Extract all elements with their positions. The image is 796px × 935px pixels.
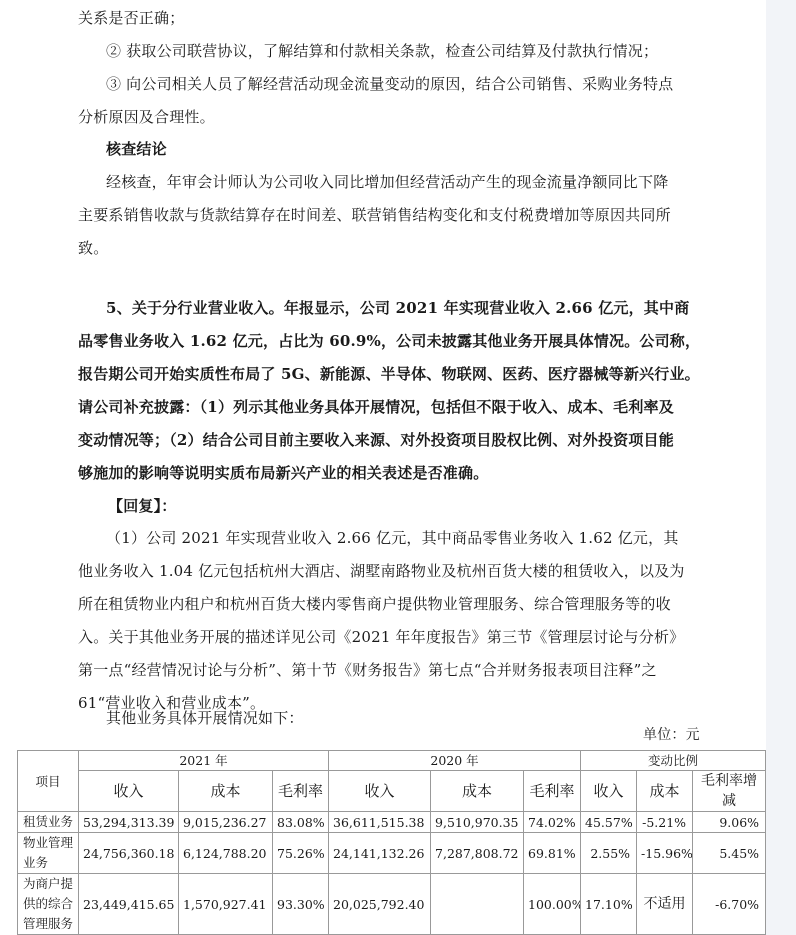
text-line: 致。 bbox=[78, 238, 108, 258]
gm-change: 5.45% bbox=[693, 833, 766, 874]
cost-2021: 9,015,236.27 bbox=[179, 812, 273, 833]
page-margin-strip bbox=[766, 0, 796, 935]
text-line: 入。关于其他业务开展的描述详见公司《2021 年年度报告》第三节《管理层讨论与分… bbox=[78, 627, 684, 647]
cost-2020: 9,510,970.35 bbox=[431, 812, 524, 833]
table-row: 物业管理业务 24,756,360.18 6,124,788.20 75.26%… bbox=[18, 833, 766, 874]
other-business-table: 项目 2021 年 2020 年 变动比例 收入 成本 毛利率 收入 成本 毛利… bbox=[17, 750, 766, 935]
gm-2021: 93.30% bbox=[273, 874, 329, 935]
question-line: 够施加的影响等说明实质布局新兴产业的相关表述是否准确。 bbox=[78, 463, 488, 483]
text-line: 关系是否正确； bbox=[78, 8, 184, 28]
rev-2021: 24,756,360.18 bbox=[79, 833, 179, 874]
gm-2020: 69.81% bbox=[524, 833, 581, 874]
table-header-row-groups: 项目 2021 年 2020 年 变动比例 bbox=[18, 751, 766, 771]
gm-change: 9.06% bbox=[693, 812, 766, 833]
cost-2020: 7,287,808.72 bbox=[431, 833, 524, 874]
rev-2021: 23,449,415.65 bbox=[79, 874, 179, 935]
rev-2020: 24,141,132.26 bbox=[329, 833, 431, 874]
question-line: 请公司补充披露：（1）列示其他业务具体开展情况，包括但不限于收入、成本、毛利率及 bbox=[78, 397, 674, 417]
unit-label: 单位：元 bbox=[643, 725, 700, 745]
section-heading: 核查结论 bbox=[106, 139, 167, 159]
header-group-2021: 2021 年 bbox=[79, 751, 329, 771]
header-cost-2020: 成本 bbox=[431, 771, 524, 812]
text-line: 所在租赁物业内租户和杭州百货大楼内零售商户提供物业管理服务、综合管理服务等的收 bbox=[78, 594, 671, 614]
text-line: 其他业务具体开展情况如下： bbox=[106, 708, 304, 728]
question-line: 变动情况等；（2）结合公司目前主要收入来源、对外投资项目股权比例、对外投资项目能 bbox=[78, 430, 674, 450]
question-line: 5、关于分行业营业收入。年报显示，公司 2021 年实现营业收入 2.66 亿元… bbox=[106, 298, 689, 318]
gm-change: -6.70% bbox=[693, 874, 766, 935]
cost-2021: 1,570,927.41 bbox=[179, 874, 273, 935]
rev-2020: 36,611,515.38 bbox=[329, 812, 431, 833]
gm-2020: 100.00% bbox=[524, 874, 581, 935]
text-line: 他业务收入 1.04 亿元包括杭州大酒店、湖墅南路物业及杭州百货大楼的租赁收入，… bbox=[78, 561, 685, 581]
header-cost-2021: 成本 bbox=[179, 771, 273, 812]
rev-change: 17.10% bbox=[581, 874, 637, 935]
header-gm-2020: 毛利率 bbox=[524, 771, 581, 812]
text-line: 经核查，年审会计师认为公司收入同比增加但经营活动产生的现金流量净额同比下降 bbox=[106, 172, 668, 192]
row-item: 物业管理业务 bbox=[18, 833, 79, 874]
text-line: 第一点“经营情况讨论与分析”、第十节《财务报告》第七点“合并财务报表项目注释”之 bbox=[78, 660, 657, 680]
header-cost-change: 成本 bbox=[637, 771, 693, 812]
question-line: 品零售业务收入 1.62 亿元，占比为 60.9%，公司未披露其他业务开展具体情… bbox=[78, 331, 700, 351]
text-line: 分析原因及合理性。 bbox=[78, 107, 215, 127]
table-row: 租赁业务 53,294,313.39 9,015,236.27 83.08% 3… bbox=[18, 812, 766, 833]
cost-2021: 6,124,788.20 bbox=[179, 833, 273, 874]
cost-change: -15.96% bbox=[637, 833, 693, 874]
rev-change: 45.57% bbox=[581, 812, 637, 833]
header-rev-change: 收入 bbox=[581, 771, 637, 812]
header-item: 项目 bbox=[18, 751, 79, 812]
text-line: 主要系销售收款与货款结算存在时间差、联营销售结构变化和支付税费增加等原因共同所 bbox=[78, 205, 671, 225]
rev-2020: 20,025,792.40 bbox=[329, 874, 431, 935]
text-line: （1）公司 2021 年实现营业收入 2.66 亿元，其中商品零售业务收入 1.… bbox=[106, 528, 679, 548]
gm-2021: 75.26% bbox=[273, 833, 329, 874]
table-header-row-columns: 收入 成本 毛利率 收入 成本 毛利率 收入 成本 毛利率增减 bbox=[18, 771, 766, 812]
text-line: ③ 向公司相关人员了解经营活动现金流量变动的原因，结合公司销售、采购业务特点 bbox=[106, 74, 673, 94]
question-line: 报告期公司开始实质性布局了 5G、新能源、半导体、物联网、医药、医疗器械等新兴行… bbox=[78, 364, 700, 384]
cost-change: 不适用 bbox=[637, 874, 693, 935]
gm-2020: 74.02% bbox=[524, 812, 581, 833]
rev-change: 2.55% bbox=[581, 833, 637, 874]
header-gm-change: 毛利率增减 bbox=[693, 771, 766, 812]
row-item: 为商户提供的综合管理服务 bbox=[18, 874, 79, 935]
cost-2020 bbox=[431, 874, 524, 935]
gm-2021: 83.08% bbox=[273, 812, 329, 833]
cost-change: -5.21% bbox=[637, 812, 693, 833]
text-line: ② 获取公司联营协议，了解结算和付款相关条款，检查公司结算及付款执行情况； bbox=[106, 41, 658, 61]
table-row: 为商户提供的综合管理服务 23,449,415.65 1,570,927.41 … bbox=[18, 874, 766, 935]
header-group-change: 变动比例 bbox=[581, 751, 766, 771]
header-rev-2020: 收入 bbox=[329, 771, 431, 812]
header-group-2020: 2020 年 bbox=[329, 751, 581, 771]
reply-heading: 【回复】： bbox=[108, 496, 177, 516]
document-page: 关系是否正确； ② 获取公司联营协议，了解结算和付款相关条款，检查公司结算及付款… bbox=[0, 0, 766, 935]
row-item: 租赁业务 bbox=[18, 812, 79, 833]
header-rev-2021: 收入 bbox=[79, 771, 179, 812]
rev-2021: 53,294,313.39 bbox=[79, 812, 179, 833]
header-gm-2021: 毛利率 bbox=[273, 771, 329, 812]
